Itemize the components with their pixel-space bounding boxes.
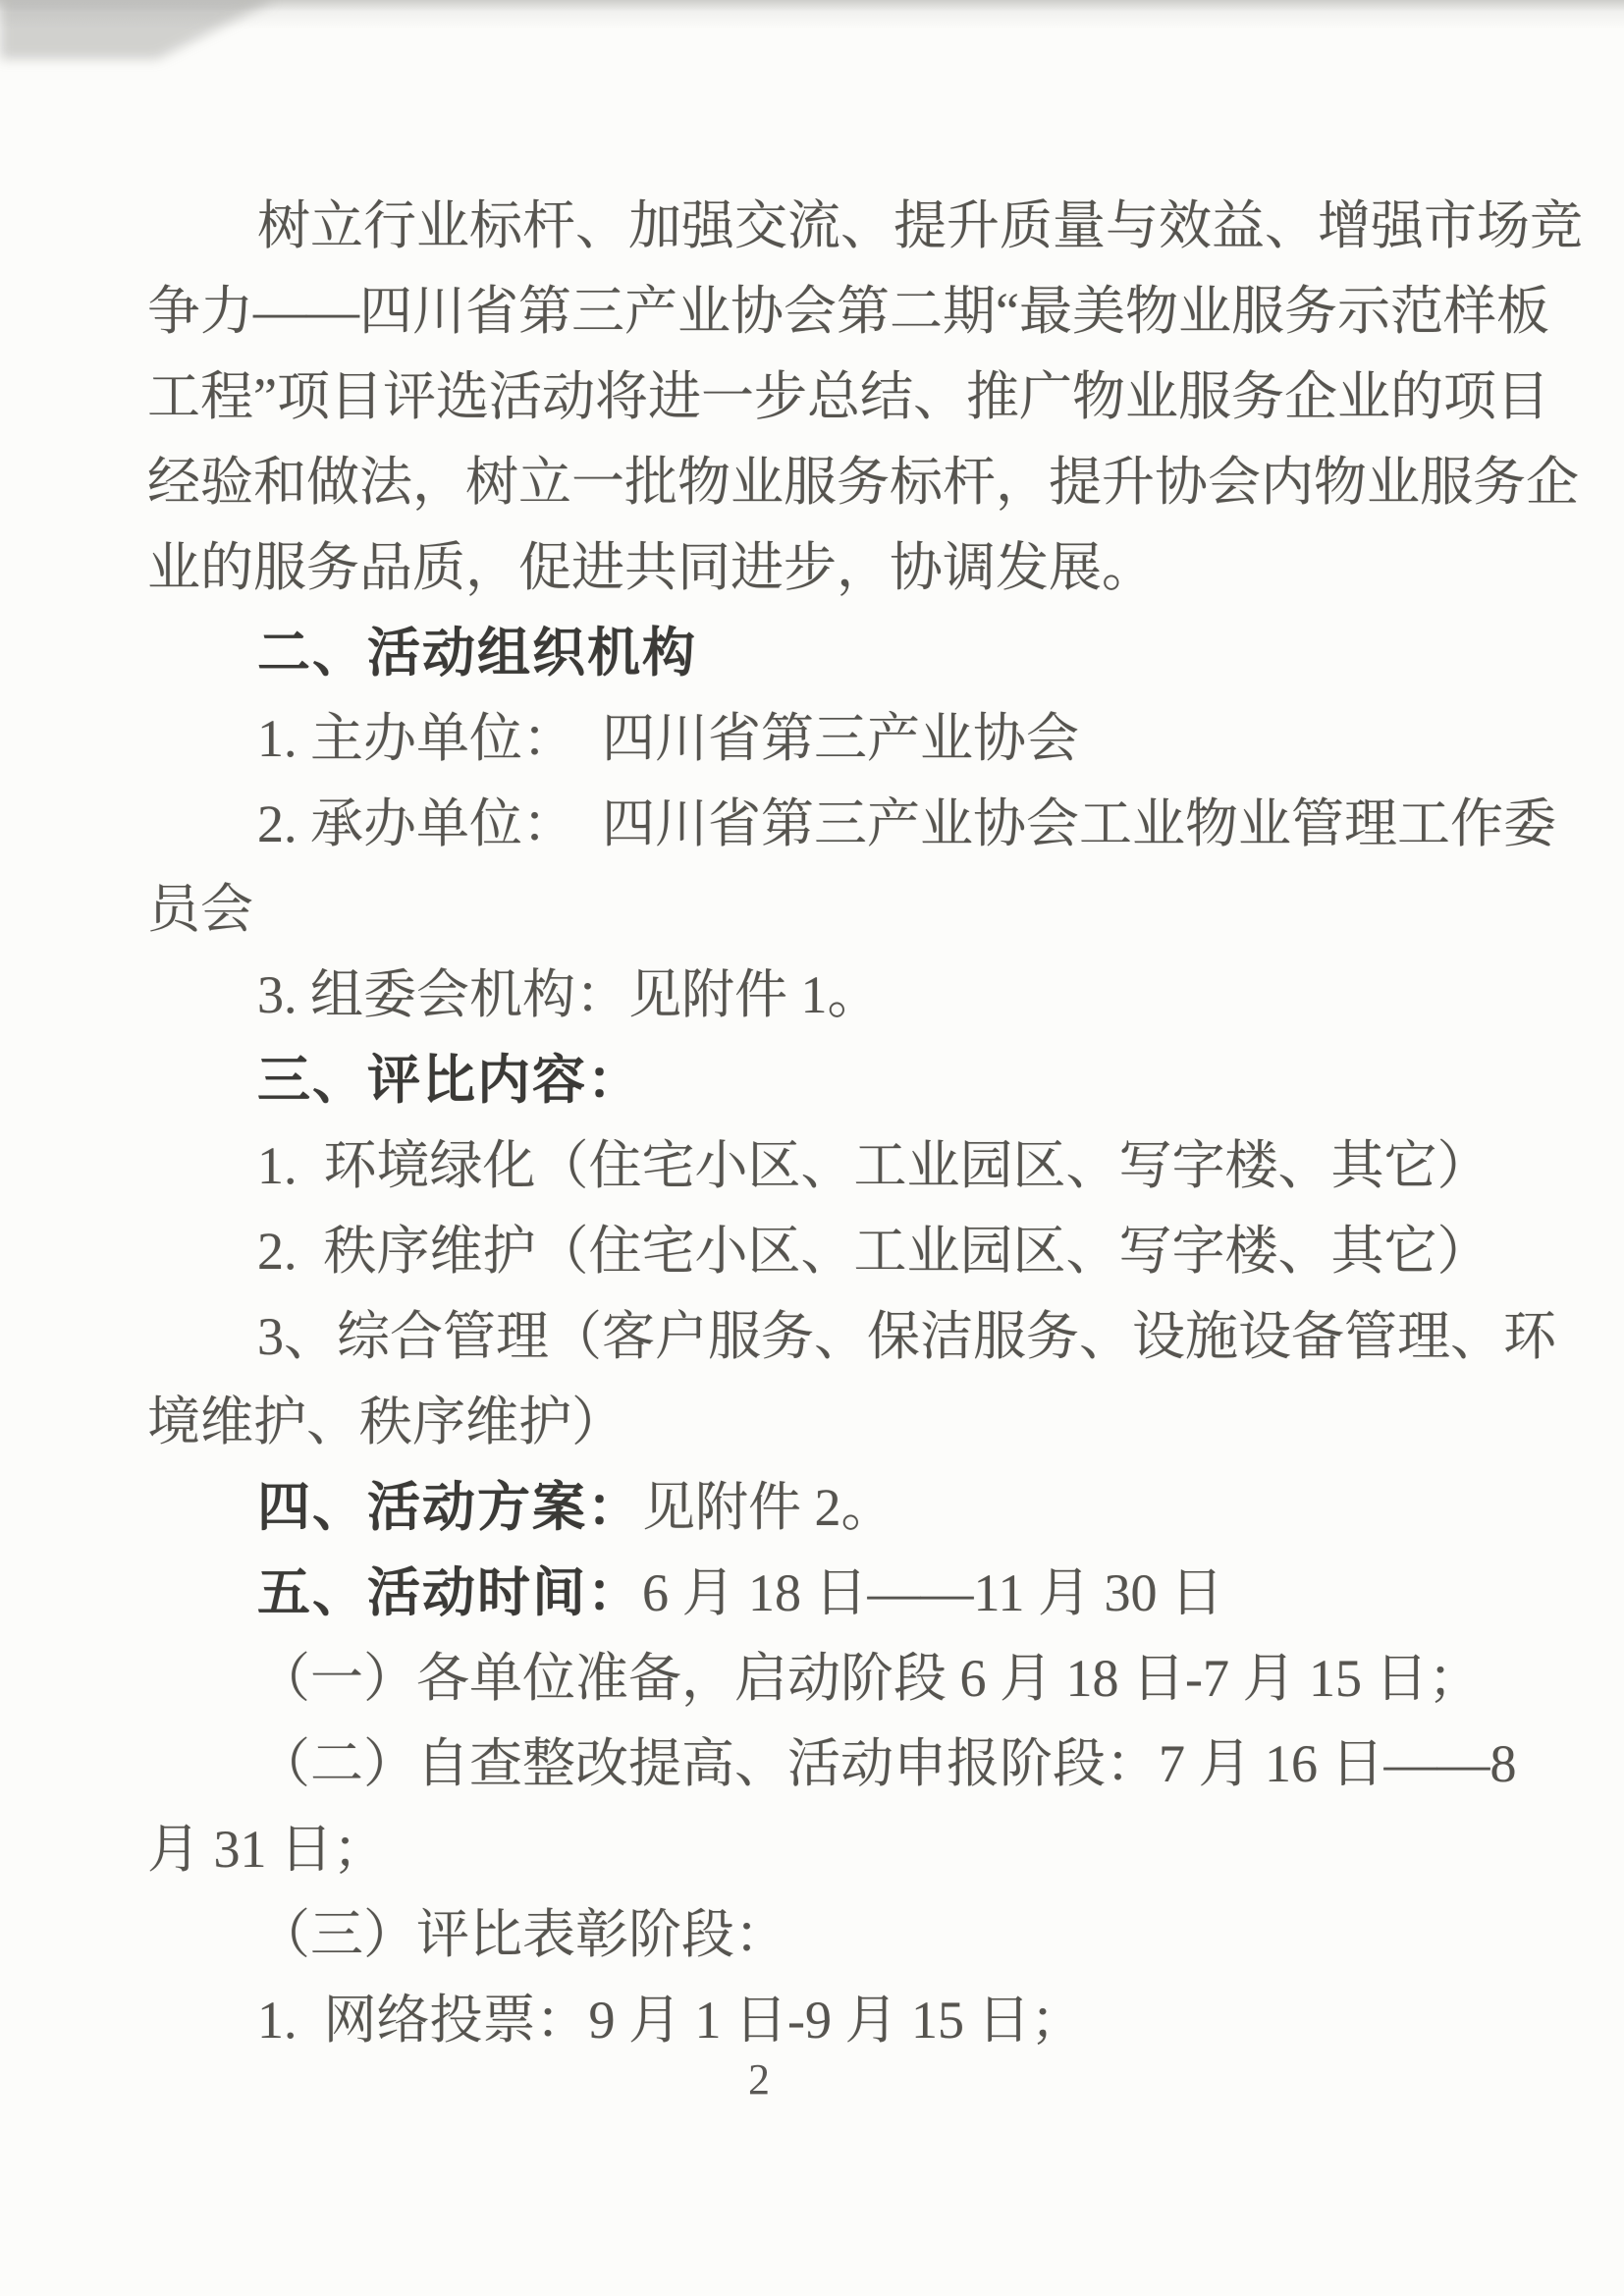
heading-segment: 三、评比内容： <box>257 1051 642 1110</box>
text-line: 经验和做法，树立一批物业服务标杆，提升协会内物业服务企 <box>147 440 1483 525</box>
text-line: （三）评比表彰阶段： <box>147 1892 1483 1978</box>
heading-segment: 五、活动时间： <box>257 1563 642 1622</box>
text-line: 四、活动方案：见附件 2。 <box>147 1465 1483 1551</box>
text-segment: 3、综合管理（客户服务、保洁服务、设施设备管理、环 <box>257 1307 1556 1366</box>
text-segment: 3. 组委会机构：见附件 1。 <box>257 965 881 1024</box>
heading-segment: 四、活动方案： <box>257 1478 642 1537</box>
text-line: 三、评比内容： <box>147 1038 1483 1123</box>
text-line: 树立行业标杆、加强交流、提升质量与效益、增强市场竞 <box>147 184 1483 269</box>
text-segment: 6 月 18 日——11 月 30 日 <box>642 1563 1223 1622</box>
text-segment: 业的服务品质，促进共同进步，协调发展。 <box>147 538 1155 597</box>
text-line: （二）自查整改提高、活动申报阶段：7 月 16 日——8 <box>147 1722 1483 1807</box>
text-line: 3、综合管理（客户服务、保洁服务、设施设备管理、环 <box>147 1294 1483 1380</box>
text-line: 1. 环境绿化（住宅小区、工业园区、写字楼、其它） <box>147 1123 1483 1209</box>
text-line: 五、活动时间：6 月 18 日——11 月 30 日 <box>147 1551 1483 1636</box>
text-line: 争力——四川省第三产业协会第二期“最美物业服务示范样板 <box>147 269 1483 355</box>
scanned-document-page: 树立行业标杆、加强交流、提升质量与效益、增强市场竞争力——四川省第三产业协会第二… <box>0 0 1624 2296</box>
text-line: 工程”项目评选活动将进一步总结、推广物业服务企业的项目 <box>147 355 1483 440</box>
text-segment: 见附件 2。 <box>642 1478 894 1537</box>
text-line: 1. 网络投票：9 月 1 日-9 月 15 日； <box>147 1978 1483 2063</box>
text-segment: 经验和做法，树立一批物业服务标杆，提升协会内物业服务企 <box>147 453 1579 512</box>
text-segment: （二）自查整改提高、活动申报阶段：7 月 16 日——8 <box>257 1734 1517 1793</box>
page-number: 2 <box>748 2054 770 2105</box>
text-line: 员会 <box>147 867 1483 953</box>
text-line: 2. 承办单位： 四川省第三产业协会工业物业管理工作委 <box>147 782 1483 867</box>
text-segment: 境维护、秩序维护） <box>147 1393 624 1451</box>
text-segment: 1. 网络投票：9 月 1 日-9 月 15 日； <box>257 1991 1083 2050</box>
scan-artifact-top-edge <box>0 0 1624 29</box>
text-segment: 树立行业标杆、加强交流、提升质量与效益、增强市场竞 <box>257 196 1583 255</box>
document-body: 树立行业标杆、加强交流、提升质量与效益、增强市场竞争力——四川省第三产业协会第二… <box>147 184 1483 2063</box>
text-segment: 2. 秩序维护（住宅小区、工业园区、写字楼、其它） <box>257 1222 1490 1281</box>
text-line: 月 31 日； <box>147 1807 1483 1892</box>
text-segment: 员会 <box>147 880 253 939</box>
text-segment: 争力——四川省第三产业协会第二期“最美物业服务示范样板 <box>147 282 1549 341</box>
text-line: （一）各单位准备，启动阶段 6 月 18 日-7 月 15 日； <box>147 1636 1483 1722</box>
text-line: 2. 秩序维护（住宅小区、工业园区、写字楼、其它） <box>147 1209 1483 1294</box>
scan-artifact-corner <box>0 0 275 59</box>
text-segment: （三）评比表彰阶段： <box>257 1905 787 1964</box>
text-segment: 1. 环境绿化（住宅小区、工业园区、写字楼、其它） <box>257 1136 1490 1195</box>
text-segment: 月 31 日； <box>147 1820 386 1879</box>
text-segment: 2. 承办单位： 四川省第三产业协会工业物业管理工作委 <box>257 794 1556 853</box>
heading-segment: 二、活动组织机构 <box>257 624 697 683</box>
text-line: 业的服务品质，促进共同进步，协调发展。 <box>147 525 1483 611</box>
text-segment: （一）各单位准备，启动阶段 6 月 18 日-7 月 15 日； <box>257 1649 1481 1708</box>
text-line: 3. 组委会机构：见附件 1。 <box>147 953 1483 1038</box>
text-line: 境维护、秩序维护） <box>147 1380 1483 1465</box>
text-line: 1. 主办单位： 四川省第三产业协会 <box>147 696 1483 782</box>
text-segment: 1. 主办单位： 四川省第三产业协会 <box>257 709 1079 768</box>
text-segment: 工程”项目评选活动将进一步总结、推广物业服务企业的项目 <box>147 367 1549 426</box>
text-line: 二、活动组织机构 <box>147 611 1483 696</box>
